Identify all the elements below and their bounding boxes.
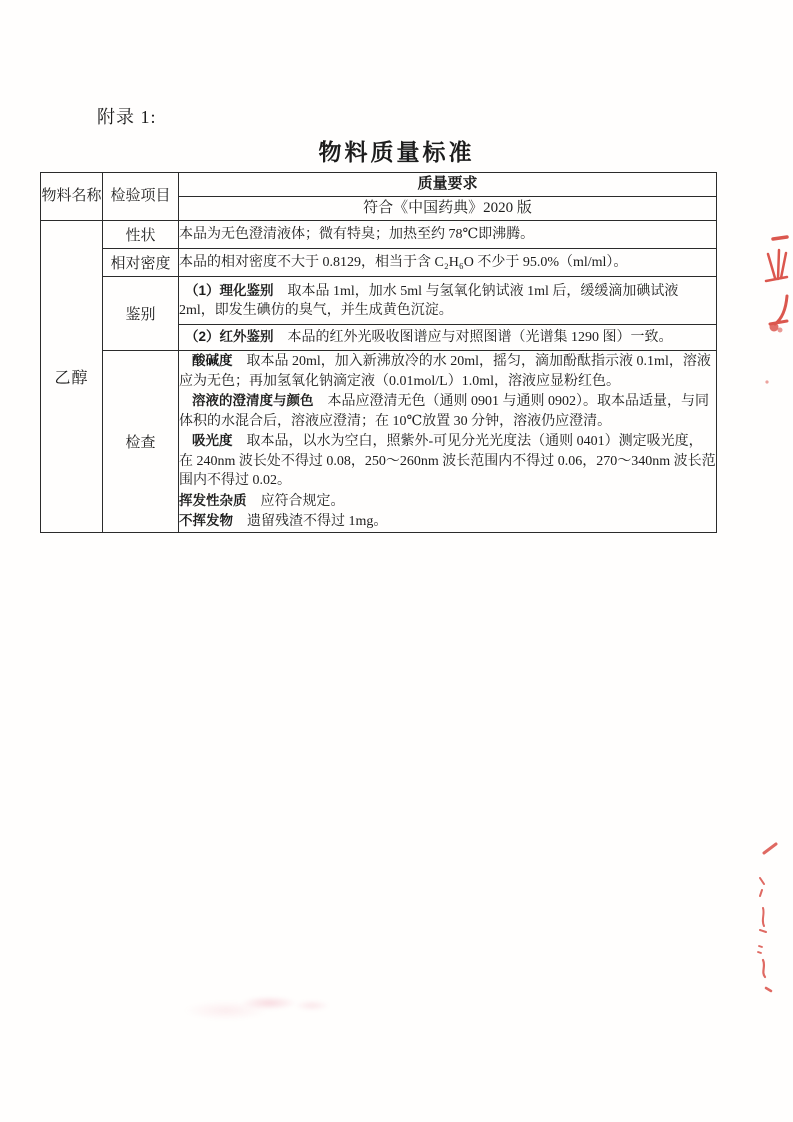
relative-density-text: 本品的相对密度不大于 0.8129，相当于含 C₂H₆O 不少于 95.0%（m…	[179, 253, 716, 273]
ink-bleed-smudge	[140, 983, 355, 1033]
content-examination: 酸碱度 取本品 20ml，加入新沸放冷的水 20ml，摇匀，滴加酚酞指示液 0.…	[179, 351, 717, 533]
document-page: 附录 1: 物料质量标准 物料名称 检验项目 质量要求 符合《中国药典》2020…	[0, 0, 793, 1122]
examination-acidity: 酸碱度 取本品 20ml，加入新沸放冷的水 20ml，摇匀，滴加酚酞指示液 0.…	[179, 351, 716, 391]
examination-clarity-lead: 溶液的澄清度与颜色	[192, 393, 314, 408]
item-relative-density: 相对密度	[103, 249, 179, 277]
content-identification-2: （2）红外鉴别 本品的红外光吸收图谱应与对照图谱（光谱集 1290 图）一致。	[179, 325, 717, 351]
material-name-cell: 乙醇	[41, 221, 103, 533]
quality-standard-table: 物料名称 检验项目 质量要求 符合《中国药典》2020 版 乙醇 性状 本品为无…	[40, 172, 717, 533]
red-ink-annotations	[740, 220, 793, 1010]
examination-volatile-impurities-body: 应符合规定。	[247, 494, 345, 509]
examination-absorbance-body: 取本品，以水为空白，照紫外-可见分光光度法（通则 0401）测定吸光度，在 24…	[179, 434, 716, 488]
header-material-name: 物料名称	[41, 173, 103, 221]
examination-nonvolatile-residue-body: 遗留残渣不得过 1mg。	[233, 514, 387, 529]
examination-clarity: 溶液的澄清度与颜色 本品应澄清无色（通则 0901 与通则 0902）。取本品适…	[179, 391, 716, 431]
properties-text: 本品为无色澄清液体；微有特臭；加热至约 78℃即沸腾。	[179, 225, 716, 245]
examination-nonvolatile-residue-lead: 不挥发物	[179, 513, 233, 528]
examination-volatile-impurities: 挥发性杂质 应符合规定。	[179, 491, 716, 512]
red-mark-lower	[758, 844, 776, 991]
header-quality-requirement: 质量要求	[179, 173, 717, 197]
table-row: 鉴别 （1）理化鉴别 取本品 1ml，加水 5ml 与氢氧化钠试液 1ml 后，…	[41, 277, 717, 325]
identification-1-text: （1）理化鉴别 取本品 1ml，加水 5ml 与氢氧化钠试液 1ml 后，缓缓滴…	[179, 281, 716, 321]
red-mark-upper	[765, 237, 787, 384]
header-standard-reference: 符合《中国药典》2020 版	[179, 197, 717, 221]
appendix-label: 附录 1:	[97, 103, 157, 129]
table-row: 相对密度 本品的相对密度不大于 0.8129，相当于含 C₂H₆O 不少于 95…	[41, 249, 717, 277]
examination-volatile-impurities-lead: 挥发性杂质	[179, 493, 247, 508]
identification-2-body: 本品的红外光吸收图谱应与对照图谱（光谱集 1290 图）一致。	[274, 330, 673, 345]
header-inspection-item: 检验项目	[103, 173, 179, 221]
content-properties: 本品为无色澄清液体；微有特臭；加热至约 78℃即沸腾。	[179, 221, 717, 249]
examination-absorbance: 吸光度 取本品，以水为空白，照紫外-可见分光光度法（通则 0401）测定吸光度，…	[179, 431, 716, 491]
table-header-row: 物料名称 检验项目 质量要求	[41, 173, 717, 197]
content-relative-density: 本品的相对密度不大于 0.8129，相当于含 C₂H₆O 不少于 95.0%（m…	[179, 249, 717, 277]
examination-acidity-lead: 酸碱度	[192, 353, 233, 368]
item-identification: 鉴别	[103, 277, 179, 351]
table-row: 乙醇 性状 本品为无色澄清液体；微有特臭；加热至约 78℃即沸腾。	[41, 221, 717, 249]
content-identification-1: （1）理化鉴别 取本品 1ml，加水 5ml 与氢氧化钠试液 1ml 后，缓缓滴…	[179, 277, 717, 325]
examination-absorbance-lead: 吸光度	[192, 433, 233, 448]
item-properties: 性状	[103, 221, 179, 249]
item-examination: 检查	[103, 351, 179, 533]
identification-1-lead: （1）理化鉴别	[185, 283, 274, 298]
identification-2-text: （2）红外鉴别 本品的红外光吸收图谱应与对照图谱（光谱集 1290 图）一致。	[179, 327, 716, 348]
examination-nonvolatile-residue: 不挥发物 遗留残渣不得过 1mg。	[179, 511, 716, 532]
examination-acidity-body: 取本品 20ml，加入新沸放冷的水 20ml，摇匀，滴加酚酞指示液 0.1ml，…	[179, 354, 711, 389]
identification-2-lead: （2）红外鉴别	[185, 329, 274, 344]
table-row: 检查 酸碱度 取本品 20ml，加入新沸放冷的水 20ml，摇匀，滴加酚酞指示液…	[41, 351, 717, 533]
page-title: 物料质量标准	[0, 134, 793, 167]
